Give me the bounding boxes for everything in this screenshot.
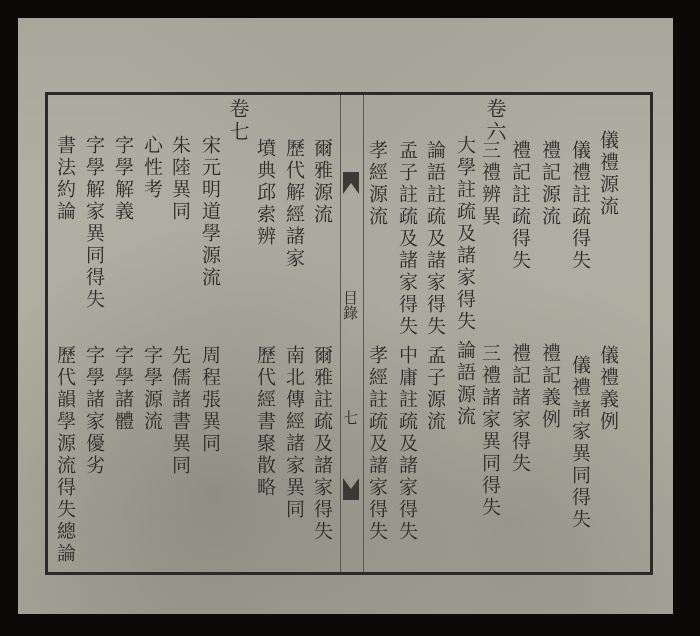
toc-entry: 字學解家異同得失 [84,135,103,311]
toc-entry: 周程張異同 [200,345,219,455]
toc-entry: 宋元明道學源流 [200,135,219,289]
toc-entry: 朱陸異同 [170,135,189,223]
toc-entry: 南北傳經諸家異同 [284,345,303,521]
toc-entry: 書法約論 [55,135,74,223]
center-title: 目錄 [341,290,361,320]
toc-entry: 歷代韻學源流得失總論 [55,345,74,565]
volume-heading: 卷七 [228,98,248,144]
toc-entry: 孟子註疏及諸家得失 [397,140,416,338]
toc-entry: 孟子源流 [425,345,444,433]
toc-entry: 禮記源流 [540,140,559,228]
toc-entry: 字學源流 [142,345,161,433]
toc-entry: 三禮辨異 [480,140,499,228]
toc-entry: 儀禮註疏得失 [570,140,589,272]
toc-entry: 先儒諸書異同 [170,345,189,477]
toc-entry: 論語源流 [455,340,474,428]
toc-entry: 字學解義 [113,135,132,223]
toc-entry: 心性考 [142,135,161,201]
toc-entry: 爾雅源流 [312,138,331,226]
toc-entry: 儀禮義例 [598,345,617,433]
toc-entry: 三禮諸家異同得失 [480,343,499,519]
toc-entry: 孝經源流 [367,140,386,228]
toc-entry: 爾雅註疏及諸家得失 [312,345,331,543]
page-number: 七 [341,410,361,425]
volume-heading: 卷六 [485,98,505,144]
toc-entry: 字學諸體 [113,345,132,433]
toc-entry: 儀禮諸家異同得失 [570,355,589,531]
toc-entry: 孝經註疏及諸家得失 [367,345,386,543]
toc-entry: 墳典邱索辨 [255,138,274,248]
center-fold-column [340,95,364,572]
toc-entry: 大學註疏及諸家得失 [455,135,474,333]
toc-entry: 歷代經書聚散略 [255,345,274,499]
toc-entry: 禮記註疏得失 [510,140,529,272]
toc-entry: 論語註疏及諸家得失 [425,140,444,338]
toc-entry: 歷代解經諸家 [284,138,303,270]
toc-entry: 中庸註疏及諸家得失 [397,345,416,543]
toc-entry: 禮記義例 [540,343,559,431]
toc-entry: 禮記諸家得失 [510,343,529,475]
toc-entry: 字學諸家優劣 [84,345,103,477]
toc-entry: 儀禮源流 [598,130,617,218]
